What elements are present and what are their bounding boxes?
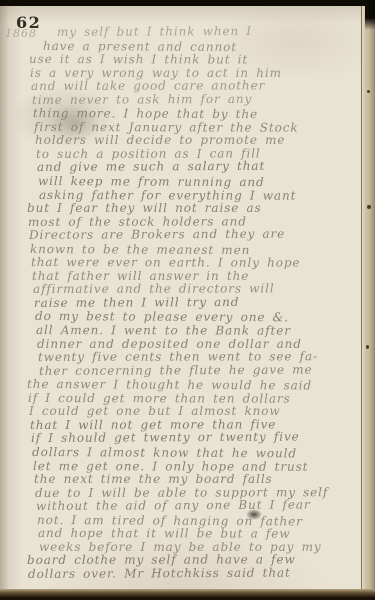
ink-speck [367,205,371,209]
ink-blotch [246,509,262,520]
backdrop-bottom-left-corner [0,584,26,600]
handwriting-line: dollars over. Mr Hotchkiss said that [28,566,360,581]
ink-speck [367,90,370,93]
handwriting-line: Directors are Brokers and they are [29,227,360,242]
journal-page: 62 1868 my self but I think when Ihave a… [0,6,362,589]
backdrop-top-right-corner [365,0,375,30]
photo-backdrop: 62 1868 my self but I think when Ihave a… [0,0,375,600]
handwriting-line: and give me such a salary that [37,160,360,175]
handwriting-line: raise me then I will try and [34,295,360,310]
handwriting-lines: my self but I think when Ihave a present… [27,26,360,581]
handwriting-line: my self but I think when I [57,24,360,39]
backdrop-top-edge [0,0,375,6]
handwriting-line: if I should get twenty or twenty five [31,431,360,446]
handwriting-line: ther concerning the flute he gave me [39,363,360,378]
backdrop-bottom-edge [0,589,375,600]
handwriting-line: time never to ask him for any [32,92,360,107]
ink-speck [366,345,369,349]
handwriting-line: without the aid of any one But I fear [36,498,360,513]
book-page-edges [361,6,375,591]
